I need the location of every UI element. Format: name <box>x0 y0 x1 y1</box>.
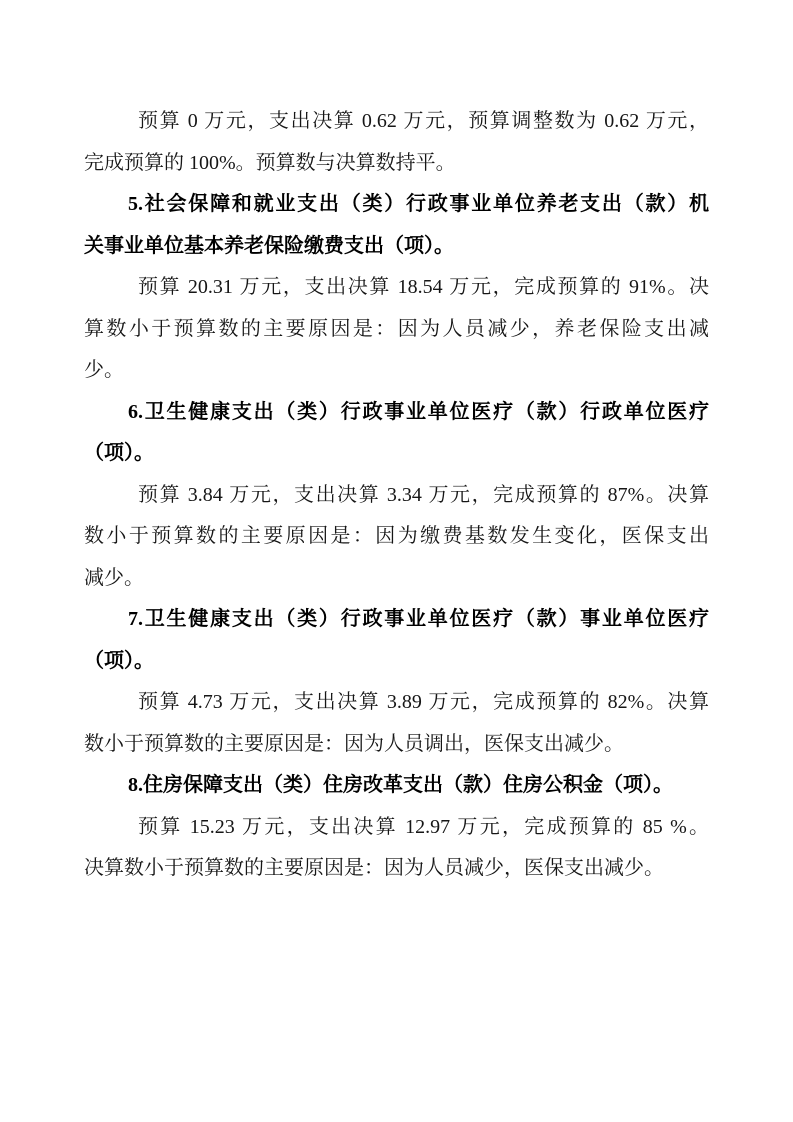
heading-item7-health-institution: 7.卫生健康支出（类）行政事业单位医疗（款）事业单位医疗 （项）。 <box>84 599 709 682</box>
doc-line: 减少。 <box>84 558 709 600</box>
doc-line: 关事业单位基本养老保险缴费支出（项）。 <box>84 226 709 268</box>
heading-item5-social-security: 5.社会保障和就业支出（类）行政事业单位养老支出（款）机 关事业单位基本养老保险… <box>84 184 709 267</box>
paragraph-item8-figures: 预算 15.23 万元，支出决算 12.97 万元，完成预算的 85 %。 决算… <box>84 807 709 890</box>
document-body: 预算 0 万元，支出决算 0.62 万元，预算调整数为 0.62 万元， 完成预… <box>84 101 709 890</box>
heading-item6-health-admin: 6.卫生健康支出（类）行政事业单位医疗（款）行政单位医疗 （项）。 <box>84 392 709 475</box>
paragraph-item6-figures: 预算 3.84 万元，支出决算 3.34 万元，完成预算的 87%。决算 数小于… <box>84 475 709 600</box>
doc-line: 预算 0 万元，支出决算 0.62 万元，预算调整数为 0.62 万元， <box>84 101 709 143</box>
doc-line: 预算 4.73 万元，支出决算 3.89 万元，完成预算的 82%。决算 <box>84 682 709 724</box>
document-page: 预算 0 万元，支出决算 0.62 万元，预算调整数为 0.62 万元， 完成预… <box>0 0 793 1122</box>
doc-line: 数小于预算数的主要原因是：因为缴费基数发生变化，医保支出 <box>84 516 709 558</box>
doc-line: （项）。 <box>84 433 709 475</box>
doc-line: 预算 15.23 万元，支出决算 12.97 万元，完成预算的 85 %。 <box>84 807 709 849</box>
doc-line: 算数小于预算数的主要原因是：因为人员减少，养老保险支出减 <box>84 309 709 351</box>
paragraph-item4-figures: 预算 0 万元，支出决算 0.62 万元，预算调整数为 0.62 万元， 完成预… <box>84 101 709 184</box>
doc-line: 7.卫生健康支出（类）行政事业单位医疗（款）事业单位医疗 <box>84 599 709 641</box>
doc-line: 6.卫生健康支出（类）行政事业单位医疗（款）行政单位医疗 <box>84 392 709 434</box>
paragraph-item7-figures: 预算 4.73 万元，支出决算 3.89 万元，完成预算的 82%。决算 数小于… <box>84 682 709 765</box>
doc-line: 完成预算的 100%。预算数与决算数持平。 <box>84 143 709 185</box>
doc-line: 预算 3.84 万元，支出决算 3.34 万元，完成预算的 87%。决算 <box>84 475 709 517</box>
doc-line: 数小于预算数的主要原因是：因为人员调出，医保支出减少。 <box>84 724 709 766</box>
heading-item8-housing: 8.住房保障支出（类）住房改革支出（款）住房公积金（项）。 <box>84 765 709 807</box>
paragraph-item5-figures: 预算 20.31 万元，支出决算 18.54 万元，完成预算的 91%。决 算数… <box>84 267 709 392</box>
doc-line: 预算 20.31 万元，支出决算 18.54 万元，完成预算的 91%。决 <box>84 267 709 309</box>
doc-line: 决算数小于预算数的主要原因是：因为人员减少，医保支出减少。 <box>84 848 709 890</box>
doc-line: （项）。 <box>84 641 709 683</box>
doc-line: 少。 <box>84 350 709 392</box>
doc-line: 8.住房保障支出（类）住房改革支出（款）住房公积金（项）。 <box>84 765 709 807</box>
doc-line: 5.社会保障和就业支出（类）行政事业单位养老支出（款）机 <box>84 184 709 226</box>
